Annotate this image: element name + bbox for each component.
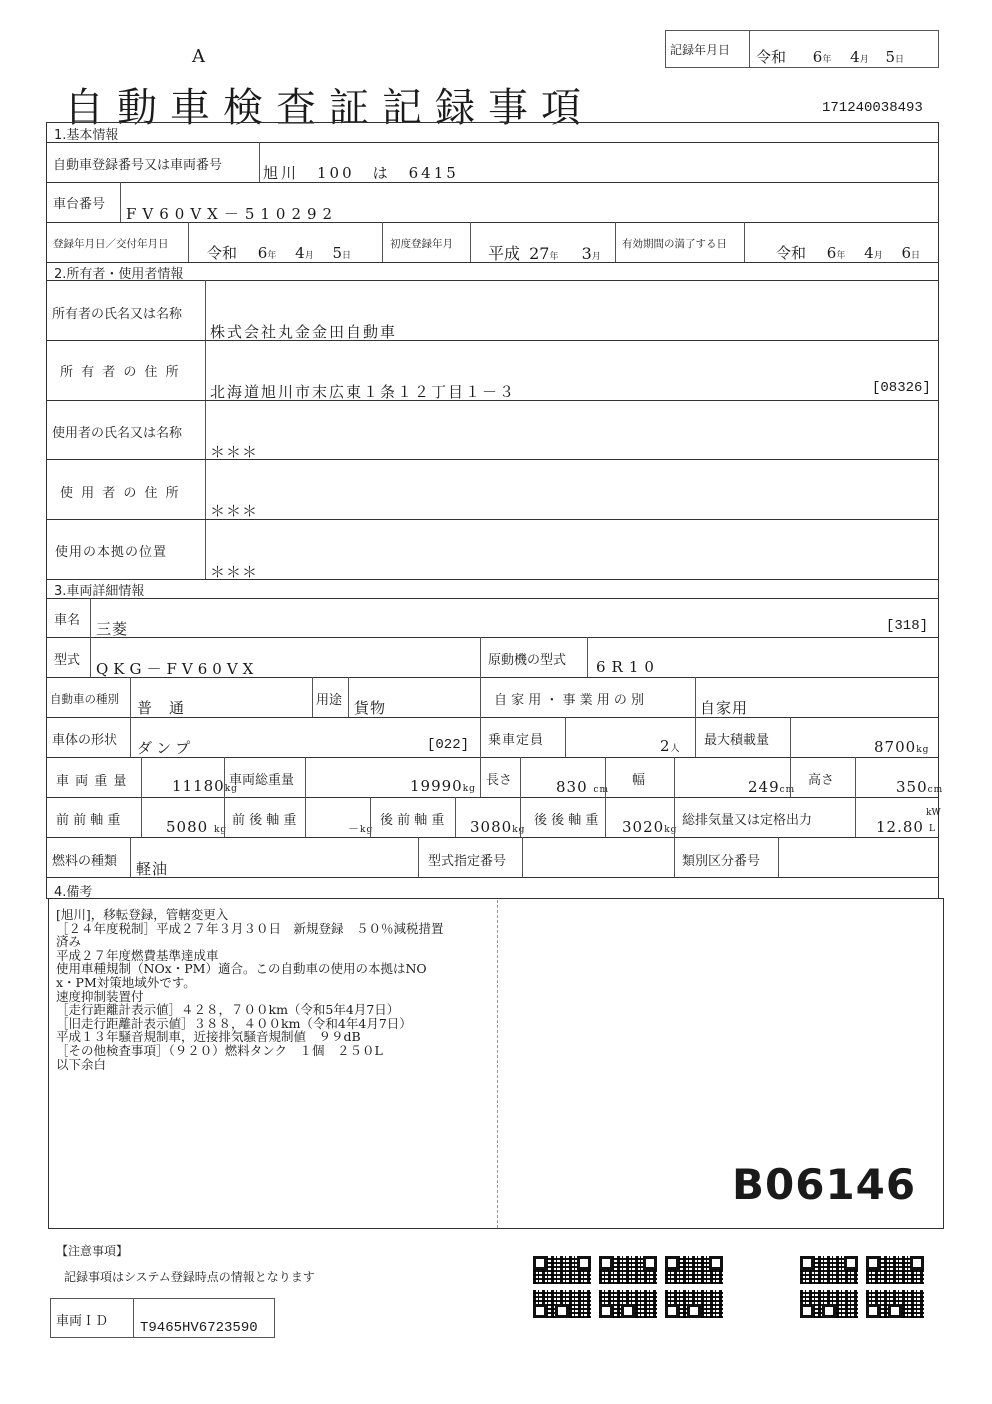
unit-kg: kg <box>916 745 929 755</box>
unit-month: 月 <box>305 251 314 261</box>
qr-code-icon <box>599 1256 657 1284</box>
unit-day: 日 <box>895 55 904 65</box>
fr-axle-value: － <box>348 822 360 835</box>
expiry-date: 令和 6年 4月 6日 <box>776 242 920 263</box>
capacity-label: 乗車定員 <box>488 729 544 748</box>
unit-year: 年 <box>836 251 845 261</box>
remark-line: 平成２７年度燃費基準達成車 <box>56 949 496 963</box>
unit-month: 月 <box>592 252 601 262</box>
remark-line: ［その他検査事項］（９２０）燃料タンク １個 ２５０L <box>56 1044 496 1058</box>
gross-weight-value: 19990 <box>410 777 463 795</box>
gross-weight: 19990kg <box>410 777 476 795</box>
type-designation-label: 型式指定番号 <box>428 850 506 869</box>
fuel: 軽油 <box>136 858 168 879</box>
qr-code-icon <box>599 1290 657 1318</box>
length: 830 cm <box>556 778 609 796</box>
registration-number: 旭川 100 は 6415 <box>263 162 459 183</box>
qr-code-icon <box>866 1256 924 1284</box>
notice-heading: 【注意事項】 <box>56 1242 128 1259</box>
displacement-label: 総排気量又は定格出力 <box>682 809 812 828</box>
first-registration-date: 平成 27年 3月 <box>488 241 601 264</box>
registration-number-label: 自動車登録番号又は車両番号 <box>53 154 222 173</box>
usage: 貨物 <box>354 697 386 718</box>
record-date-label: 記録年月日 <box>670 41 730 58</box>
unit-day: 日 <box>911 251 920 261</box>
chassis-number: FV60VX－510292 <box>126 203 338 224</box>
unit-liter: L <box>929 824 935 834</box>
owner-address-code: [08326] <box>872 380 931 396</box>
usage-label: 用途 <box>316 689 342 708</box>
form-mark: A <box>192 46 205 67</box>
expiry-year: 6 <box>827 244 837 262</box>
qr-code-icon <box>665 1256 723 1284</box>
model: QKG－FV60VX <box>96 658 258 679</box>
rr-axle-label: 後 後 軸 重 <box>534 809 598 828</box>
category-label: 類別区分番号 <box>682 850 760 869</box>
unit-month: 月 <box>860 55 869 65</box>
unit-year: 年 <box>549 252 558 262</box>
owner-name: 株式会社丸金金田自動車 <box>210 321 397 342</box>
length-value: 830 <box>556 778 588 796</box>
registration-date-label: 登録年月日／交付年月日 <box>53 236 169 251</box>
expiry-month: 4 <box>864 244 874 262</box>
engine-model: 6R10 <box>596 658 660 676</box>
rr-axle-value: 3020 <box>622 818 664 836</box>
unit-cm: cm <box>593 785 609 795</box>
length-label: 長さ <box>486 769 512 788</box>
user-name-label: 使用者の氏名又は名称 <box>52 422 182 441</box>
vehicle-weight-label: 車 両 重 量 <box>56 770 127 789</box>
vehicle-id: T9465HV6723590 <box>140 1320 258 1336</box>
unit-kw: kW <box>926 808 941 818</box>
fr-axle-label: 前 後 軸 重 <box>232 809 296 828</box>
expiry-day: 6 <box>901 244 911 262</box>
unit-day: 日 <box>342 251 351 261</box>
qr-code-icon <box>800 1290 858 1318</box>
vehicle-weight-value: 11180 <box>172 777 225 795</box>
record-date-era: 令和 <box>756 48 786 66</box>
notice-text: 記録事項はシステム登録時点の情報となります <box>64 1268 315 1285</box>
displacement: 12.80 <box>876 818 924 836</box>
capacity: 2人 <box>660 737 681 755</box>
height-label: 高さ <box>808 769 834 788</box>
fuel-label: 燃料の種類 <box>52 850 117 869</box>
first-reg-year: 27 <box>529 244 549 263</box>
vehicle-class: 普 通 <box>137 697 185 718</box>
engine-model-label: 原動機の型式 <box>488 649 566 668</box>
remark-line: ［走行距離計表示値］４２８，７００km（令和5年4月7日） <box>56 1003 496 1017</box>
unit-year: 年 <box>822 55 831 65</box>
remark-line: 以下余白 <box>56 1058 496 1072</box>
remark-line: x・PM対策地域外です。 <box>56 976 496 990</box>
rf-axle-value: 3080 <box>470 818 512 836</box>
car-name: 三菱 <box>96 618 128 639</box>
reg-date-day: 5 <box>332 244 342 262</box>
vehicle-id-label: 車両ＩＤ <box>56 1310 108 1329</box>
record-date: 令和 6年 4月 5日 <box>756 46 904 67</box>
remark-line: ［旧走行距離計表示値］３８８，４００km（令和4年4月7日） <box>56 1017 496 1031</box>
remarks-divider <box>497 900 498 1228</box>
ff-axle: 5080 kg <box>166 818 227 836</box>
unit-kg: kg <box>512 825 525 835</box>
unit-kg: kg <box>664 825 677 835</box>
rr-axle: 3020kg <box>622 818 677 836</box>
height-value: 350 <box>896 778 928 796</box>
qr-code-icon <box>533 1256 591 1284</box>
owner-name-label: 所有者の氏名又は名称 <box>52 303 182 322</box>
reg-date-month: 4 <box>295 244 305 262</box>
unit-kg: kg <box>214 825 227 835</box>
reg-date-era: 令和 <box>207 244 237 262</box>
model-label: 型式 <box>54 649 80 668</box>
base-location-label: 使用の本拠の位置 <box>55 541 167 560</box>
car-name-code: [318] <box>886 618 928 634</box>
max-load: 8700kg <box>874 738 929 756</box>
car-name-label: 車名 <box>54 609 80 628</box>
vehicle-class-label: 自動車の種別 <box>50 691 119 707</box>
expiry-era: 令和 <box>776 244 806 262</box>
displacement-value: 12.80 <box>876 818 924 836</box>
body-shape-code: [022] <box>427 737 469 753</box>
section-remarks-heading: 4.備考 <box>54 881 92 900</box>
owner-address-label: 所 有 者 の 住 所 <box>60 361 181 380</box>
unit-year: 年 <box>267 251 276 261</box>
width: 249cm <box>748 778 795 796</box>
record-date-year: 6 <box>813 48 823 66</box>
document-number: 171240038493 <box>822 100 923 116</box>
unit-kg: kg <box>360 825 373 835</box>
qr-code-icon <box>800 1256 858 1284</box>
private-business-label: 自 家 用 ・ 事 業 用 の 別 <box>494 689 644 708</box>
first-reg-era: 平成 <box>488 244 520 263</box>
stamp-code: B06146 <box>732 1160 916 1209</box>
first-reg-month: 3 <box>582 244 592 263</box>
rf-axle-label: 後 前 軸 重 <box>380 809 444 828</box>
ff-axle-value: 5080 <box>166 818 208 836</box>
unit-cm: cm <box>780 785 796 795</box>
remark-line: 速度抑制装置付 <box>56 990 496 1004</box>
ff-axle-label: 前 前 軸 重 <box>56 809 120 828</box>
expiry-date-label: 有効期間の満了する日 <box>622 236 727 251</box>
remarks-list: [旭川]，移転登録，管轄変更入 ［２４年度税制］平成２７年３月３０日 新規登録 … <box>56 908 496 1071</box>
registration-date: 令和 6年 4月 5日 <box>207 242 351 263</box>
width-value: 249 <box>748 778 780 796</box>
reg-date-year: 6 <box>258 244 268 262</box>
unit-kg: kg <box>463 784 476 794</box>
body-shape: ダンプ <box>137 737 194 758</box>
height: 350cm <box>896 778 943 796</box>
private-business: 自家用 <box>700 697 748 718</box>
max-load-label: 最大積載量 <box>704 729 769 748</box>
section-basic-info-heading: 1.基本情報 <box>54 124 118 143</box>
owner-address: 北海道旭川市末広東１条１２丁目１－３ <box>210 381 516 402</box>
gross-weight-label: 車両総重量 <box>229 769 294 788</box>
user-address-label: 使 用 者 の 住 所 <box>60 482 181 501</box>
unit-month: 月 <box>874 251 883 261</box>
width-label: 幅 <box>632 769 645 788</box>
unit-cm: cm <box>928 785 944 795</box>
chassis-number-label: 車台番号 <box>53 193 105 212</box>
record-date-month: 4 <box>850 48 860 66</box>
remark-line: ［２４年度税制］平成２７年３月３０日 新規登録 ５０％減税措置 <box>56 922 496 936</box>
remark-line: 済み <box>56 935 496 949</box>
body-shape-label: 車体の形状 <box>52 729 117 748</box>
section-vehicle-detail-heading: 3.車両詳細情報 <box>54 580 144 599</box>
qr-code-icon <box>866 1290 924 1318</box>
remark-line: [旭川]，移転登録，管轄変更入 <box>56 908 496 922</box>
remark-line: 平成１３年騒音規制車，近接排気騒音規制値 ９９dB <box>56 1030 496 1044</box>
qr-code-icon <box>533 1290 591 1318</box>
rf-axle: 3080kg <box>470 818 525 836</box>
capacity-value: 2 <box>660 737 671 755</box>
remark-line: 使用車種規制（NOx・PM）適合。この自動車の使用の本拠はNO <box>56 962 496 976</box>
unit-person: 人 <box>671 744 681 754</box>
max-load-value: 8700 <box>874 738 916 756</box>
record-date-day: 5 <box>885 48 895 66</box>
user-address: ＊＊＊ <box>210 500 258 521</box>
first-registration-label: 初度登録年月 <box>390 236 453 251</box>
qr-code-icon <box>665 1290 723 1318</box>
